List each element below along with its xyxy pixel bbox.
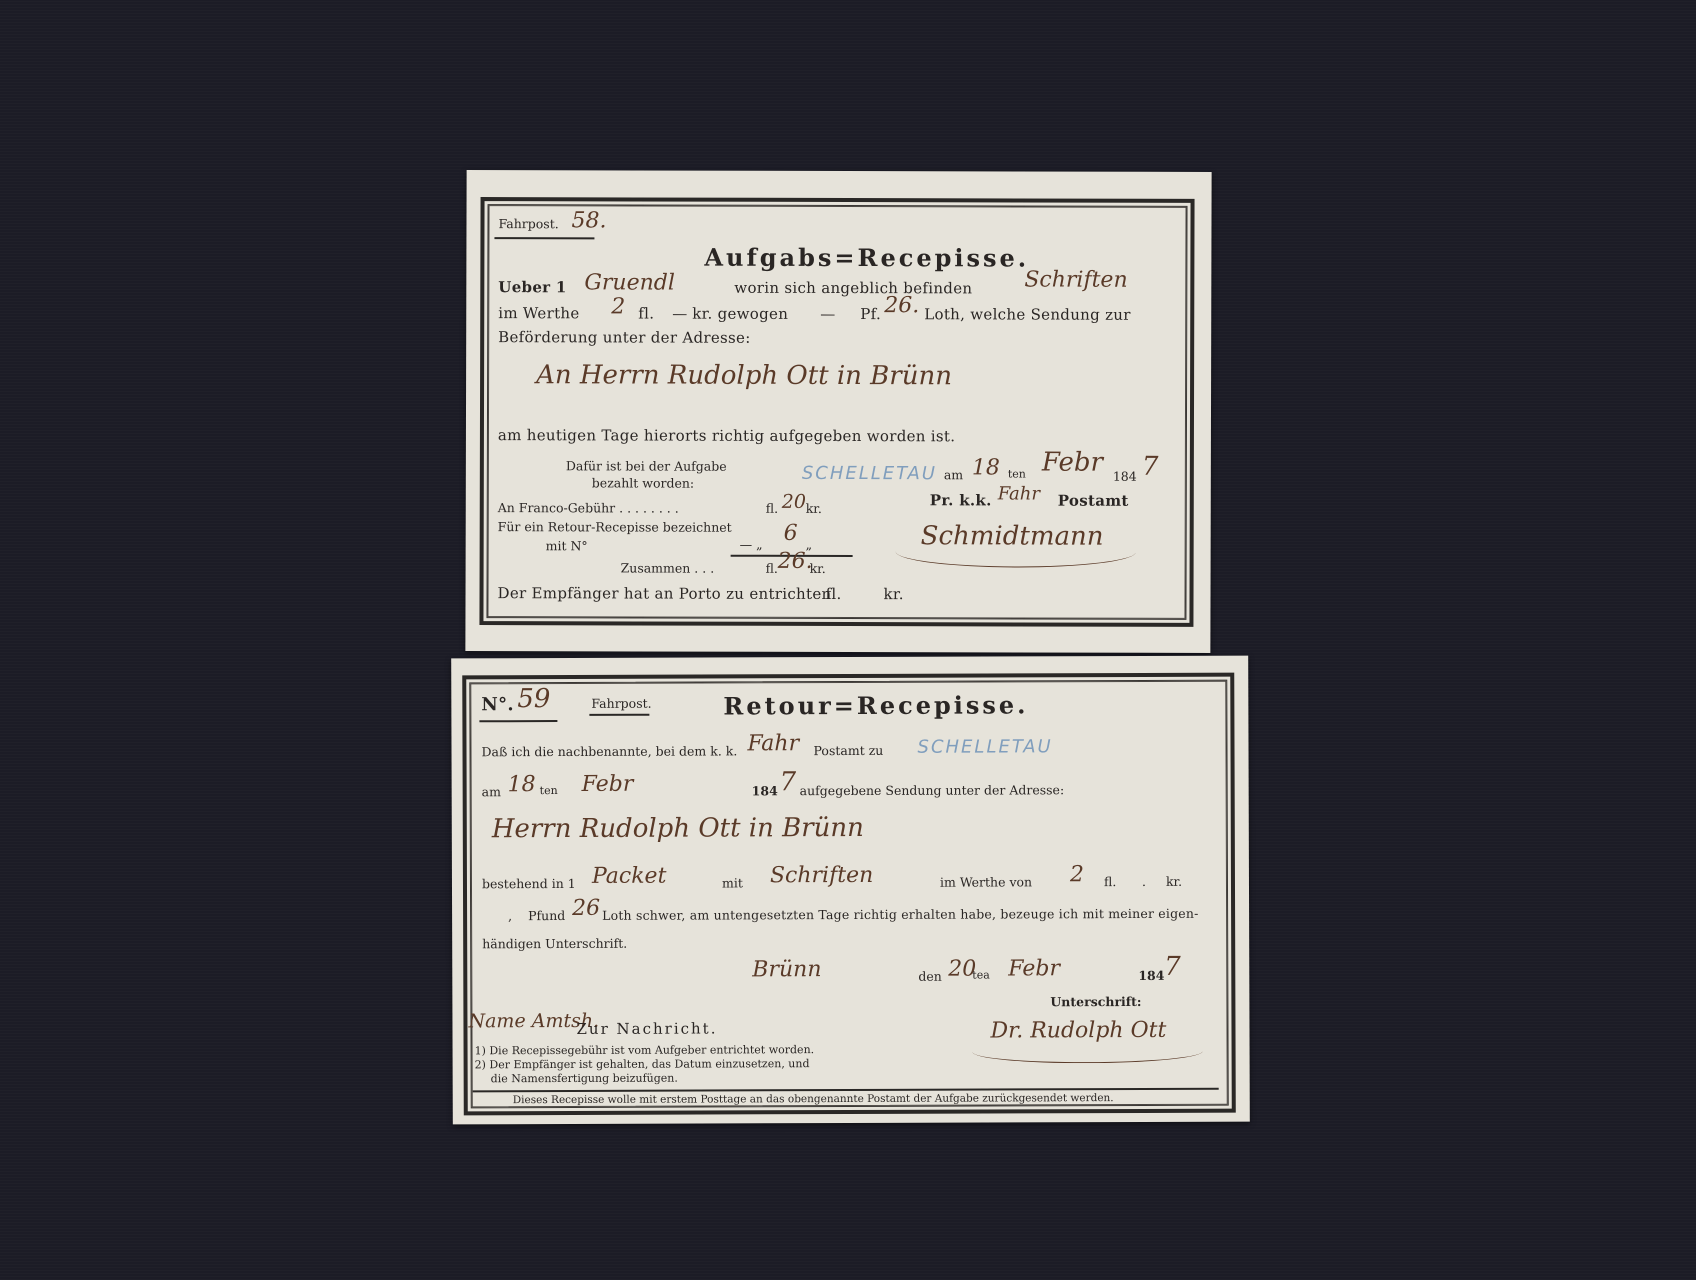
item-hand: Packet: [592, 864, 667, 889]
porto-fl: fl.: [825, 585, 841, 603]
paid-heading-2: bezahlt worden:: [592, 475, 694, 490]
worin-label: worin sich angeblich befinden: [734, 279, 972, 298]
ten-label: ten: [540, 784, 558, 797]
haendigen-text: händigen Unterschrift.: [482, 936, 627, 952]
franco-value-hand: 20: [782, 491, 806, 513]
month-hand: Febr: [582, 772, 634, 797]
franco-label: An Franco-Gebühr . . . . . . . .: [498, 500, 679, 515]
date-year-printed: 184: [1113, 469, 1137, 484]
place-hand: Brünn: [752, 957, 821, 982]
loth-hand: 26: [572, 896, 600, 921]
year-hand: 7: [780, 767, 797, 797]
schelletau-postmark: SCHELLETAU: [802, 463, 937, 484]
schelletau-postmark: SCHELLETAU: [917, 736, 1052, 757]
am-label: am: [482, 784, 501, 799]
date-am: am: [944, 467, 963, 482]
no-value-hand: 59: [517, 684, 550, 714]
date-month-hand: Febr: [1042, 448, 1103, 478]
retour-label-1: Für ein Retour-Recepisse bezeichnet: [498, 519, 732, 535]
retour-dash: — „: [740, 537, 763, 552]
fahrpost-underline: [589, 714, 649, 716]
loth-schwer-text: Loth schwer, am untengesetzten Tage rich…: [602, 906, 1199, 923]
nachricht-title: Zur Nachricht.: [576, 1019, 717, 1037]
aufgabs-recepisse-sheet: Fahrpost. 58. Aufgabs=Recepisse. Ueber 1…: [465, 170, 1211, 653]
loth-suffix: Loth, welche Sendung zur: [924, 305, 1131, 324]
unterschrift-label: Unterschrift:: [1050, 994, 1141, 1009]
retour-value-hand: 6: [784, 521, 798, 546]
pfund-label: Pfund: [528, 908, 565, 923]
porto-label: Der Empfänger hat an Porto zu entrichten: [497, 584, 831, 603]
value-kr: —: [672, 305, 687, 323]
franco-fl: fl.: [766, 501, 778, 516]
fahrpost-underline: [494, 237, 594, 239]
year-printed: 184: [752, 783, 778, 798]
retour-label-2: mit N°: [546, 538, 588, 553]
address-handwritten: Herrn Rudolph Ott in Brünn: [492, 813, 864, 844]
pf-value: —: [820, 305, 835, 323]
tea-label: tea: [972, 969, 990, 982]
zusammen-value-hand: 26.: [778, 549, 813, 574]
retour-title: Retour=Recepisse.: [723, 690, 1028, 720]
postamt-prefix: Pr. k.k.: [930, 491, 992, 509]
note-2a: 2) Der Empfänger ist gehalten, das Datum…: [475, 1057, 810, 1071]
postamt-zu-label: Postamt zu: [813, 743, 883, 758]
kr-gewogen-label: kr. gewogen: [692, 305, 788, 323]
werthe-label: im Werthe von: [940, 874, 1032, 889]
porto-kr: kr.: [883, 585, 903, 603]
zusammen-kr: kr.: [810, 561, 826, 576]
note-2b: die Namensfertigung beizufügen.: [491, 1072, 678, 1086]
note-1: 1) Die Recepissegebühr ist vom Aufgeber …: [475, 1043, 815, 1057]
loth-value-hand: 26.: [884, 293, 919, 318]
address-handwritten: An Herrn Rudolph Ott in Brünn: [536, 360, 952, 391]
postamt-hand: Fahr: [998, 483, 1040, 504]
werthe-label: im Werthe: [498, 304, 579, 322]
value-fl-hand: 2: [611, 294, 625, 319]
postamt-label: Postamt: [1058, 492, 1129, 510]
contents-handwritten: Schriften: [1024, 267, 1127, 292]
fahrpost-label: Fahrpost.: [591, 696, 651, 711]
day-hand: 18: [508, 772, 536, 797]
ueber-label: Ueber 1: [498, 278, 566, 296]
comma: ,: [508, 908, 512, 923]
zusammen-fl: fl.: [766, 561, 778, 576]
year-hand-2: 7: [1164, 952, 1181, 982]
date-ten: ten: [1008, 467, 1026, 480]
aufgegeben-text: am heutigen Tage hierorts richtig aufgeg…: [498, 426, 955, 445]
retour-recepisse-sheet: N°. 59 Fahrpost. Retour=Recepisse. Daß i…: [451, 656, 1250, 1125]
pf-label: Pf.: [860, 305, 881, 323]
no-label: N°.: [481, 694, 514, 715]
value-fl-hand: 2: [1070, 862, 1084, 887]
dass-text: Daß ich die nachbenannte, bei dem k. k.: [481, 743, 737, 759]
franco-kr: kr.: [806, 501, 822, 516]
item-handwritten: Gruendl: [584, 270, 675, 295]
fl-label: fl.: [1104, 874, 1116, 889]
date-day-hand: 18: [972, 455, 1000, 480]
contents-hand: Schriften: [770, 863, 873, 888]
befoerderung-label: Beförderung unter der Adresse:: [498, 328, 750, 347]
year-printed-2: 184: [1138, 968, 1164, 983]
dot: .: [1142, 874, 1146, 889]
paid-heading-1: Dafür ist bei der Aufgabe: [566, 458, 727, 473]
month-hand-2: Febr: [1008, 956, 1060, 981]
kr-label: kr.: [1166, 874, 1182, 889]
fl-label: fl.: [638, 304, 654, 322]
fahrpost-label: Fahrpost.: [498, 216, 558, 231]
aufgabs-title: Aufgabs=Recepisse.: [704, 243, 1029, 273]
footer-instruction: Dieses Recepisse wolle mit erstem Postta…: [513, 1092, 1114, 1106]
fahrpost-number: 58.: [571, 208, 606, 233]
no-underline: [479, 720, 557, 722]
zusammen-label: Zusammen . . .: [621, 560, 715, 575]
aufgegebene-text: aufgegebene Sendung unter der Adresse:: [800, 782, 1065, 798]
fahr-hand: Fahr: [747, 731, 799, 756]
date-year-hand: 7: [1142, 452, 1159, 482]
den-label: den: [918, 969, 942, 984]
mit-label: mit: [722, 875, 743, 890]
bestehend-label: bestehend in 1: [482, 876, 576, 891]
